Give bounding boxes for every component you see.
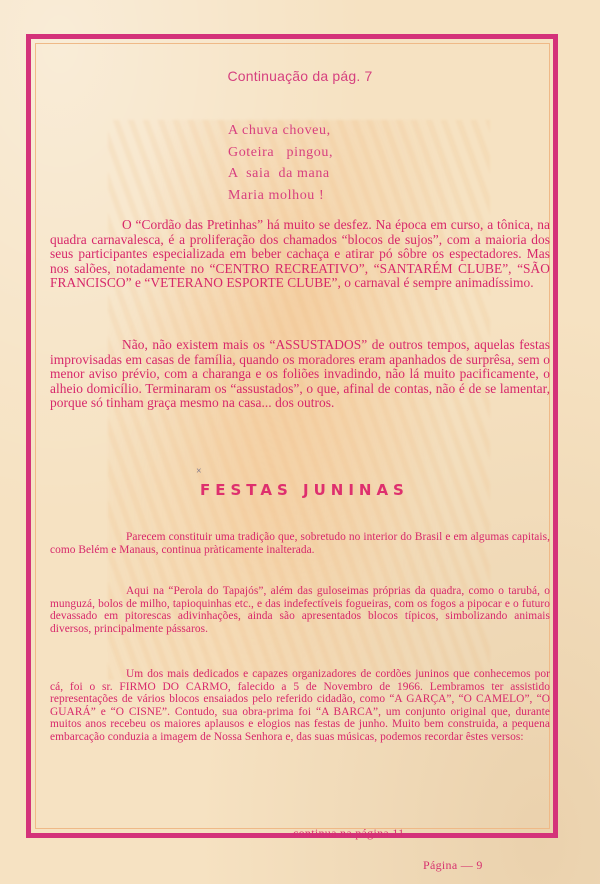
pen-mark-x: ×	[196, 466, 202, 477]
section-title: FESTAS JUNINAS	[200, 481, 409, 499]
paragraph-tradicao: Parecem constituir uma tradição que, sob…	[50, 531, 550, 556]
paragraph-text: Um dos mais dedicados e capazes organiza…	[50, 668, 550, 744]
poem-line: A saia da mana	[228, 163, 333, 185]
continued-on-note: continua na página 11	[293, 826, 405, 841]
paragraph-firmo-do-carmo: Um dos mais dedicados e capazes organiza…	[50, 668, 550, 744]
paragraph-text: Aqui na “Perola do Tapajós”, além das gu…	[50, 585, 550, 635]
paragraph-text: O “Cordão das Pretinhas” há muito se des…	[50, 218, 550, 291]
poem-line: Goteira pingou,	[228, 142, 333, 164]
continuation-from-note: Continuação da pág. 7	[0, 68, 600, 84]
page-content: Continuação da pág. 7 A chuva choveu, Go…	[0, 0, 600, 884]
paragraph-assustados: Não, não existem mais os “ASSUSTADOS” de…	[50, 338, 550, 411]
poem-line: A chuva choveu,	[228, 120, 333, 142]
paragraph-text: Parecem constituir uma tradição que, sob…	[50, 531, 550, 556]
paragraph-perola: Aqui na “Perola do Tapajós”, além das gu…	[50, 585, 550, 635]
paragraph-cordao: O “Cordão das Pretinhas” há muito se des…	[50, 218, 550, 291]
page-number: Página — 9	[423, 858, 483, 873]
poem-line: Maria molhou !	[228, 185, 333, 207]
poem-verse: A chuva choveu, Goteira pingou, A saia d…	[228, 120, 333, 206]
paragraph-text: Não, não existem mais os “ASSUSTADOS” de…	[50, 338, 550, 411]
